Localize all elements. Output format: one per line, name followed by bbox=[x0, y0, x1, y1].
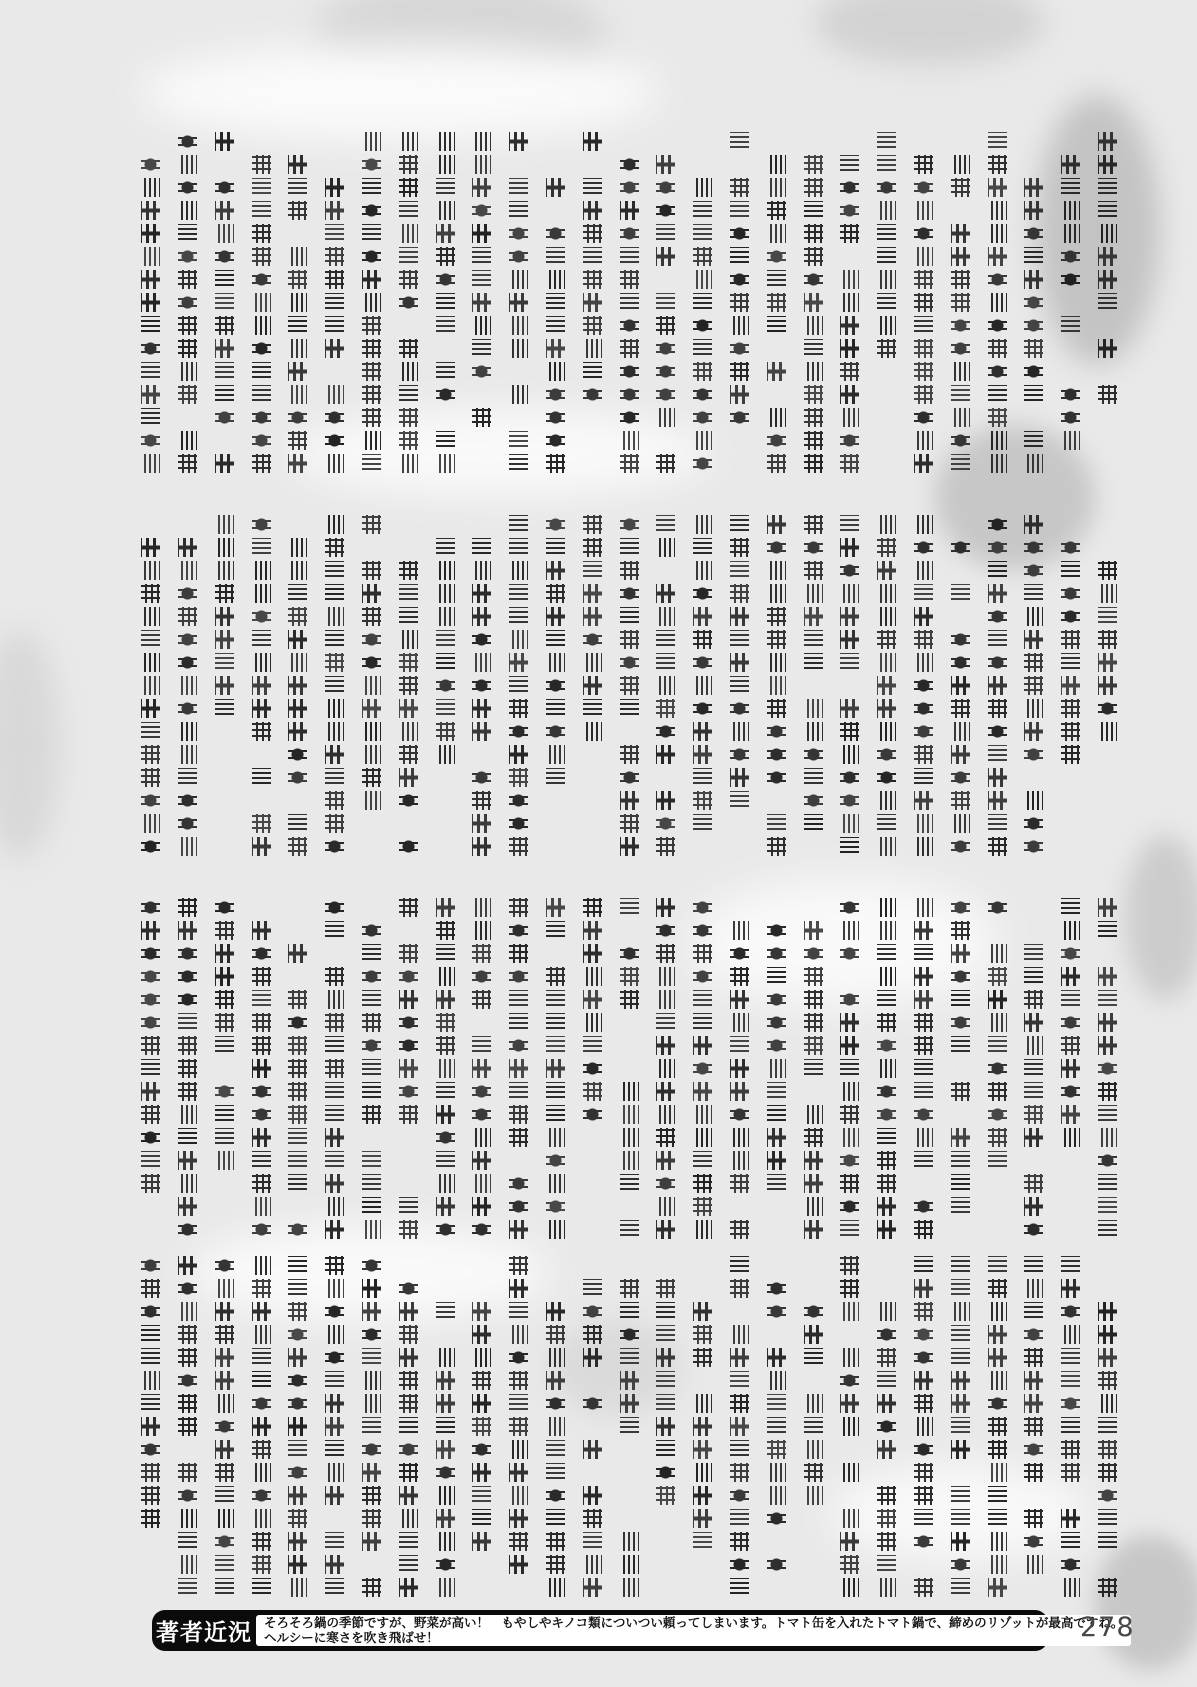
redacted-char bbox=[139, 268, 162, 291]
redacted-char bbox=[250, 1346, 273, 1369]
redacted-char bbox=[875, 245, 898, 268]
redacted-char bbox=[691, 605, 714, 628]
redacted-char bbox=[286, 1254, 309, 1277]
redacted-char bbox=[470, 628, 493, 651]
redacted-char bbox=[765, 1346, 788, 1369]
redacted-char bbox=[875, 582, 898, 605]
redacted-char bbox=[250, 1300, 273, 1323]
redacted-char bbox=[581, 720, 604, 743]
redacted-char bbox=[286, 1172, 309, 1195]
redacted-char bbox=[507, 1218, 530, 1241]
redacted-char bbox=[434, 674, 457, 697]
redacted-char bbox=[838, 1080, 861, 1103]
redacted-char bbox=[176, 1126, 199, 1149]
redacted-char bbox=[691, 1415, 714, 1438]
redacted-char bbox=[949, 536, 972, 559]
redacted-char bbox=[139, 1484, 162, 1507]
redacted-char bbox=[581, 1080, 604, 1103]
redacted-text-column bbox=[802, 896, 825, 1241]
redacted-char bbox=[691, 406, 714, 429]
redacted-char bbox=[434, 536, 457, 559]
redacted-char bbox=[802, 406, 825, 429]
redacted-char bbox=[544, 1126, 567, 1149]
redacted-char bbox=[213, 1126, 236, 1149]
redacted-char bbox=[360, 1530, 383, 1553]
redacted-char bbox=[986, 1530, 1009, 1553]
redacted-char bbox=[581, 199, 604, 222]
redacted-char bbox=[213, 1553, 236, 1576]
redacted-char bbox=[654, 383, 677, 406]
redacted-text-column bbox=[176, 896, 199, 1241]
redacted-char bbox=[875, 789, 898, 812]
redacted-char bbox=[912, 559, 935, 582]
redacted-char bbox=[397, 1080, 420, 1103]
redacted-char bbox=[286, 1011, 309, 1034]
redacted-char bbox=[912, 1323, 935, 1346]
redacted-char bbox=[986, 1149, 1009, 1172]
redacted-char bbox=[544, 1507, 567, 1530]
redacted-text-column bbox=[581, 896, 604, 1241]
redacted-char bbox=[286, 942, 309, 965]
redacted-char bbox=[360, 291, 383, 314]
redacted-text-column bbox=[470, 513, 493, 858]
redacted-char bbox=[176, 628, 199, 651]
text-band-3-redacted bbox=[138, 896, 1119, 1241]
redacted-char bbox=[986, 1369, 1009, 1392]
redacted-char bbox=[213, 1323, 236, 1346]
redacted-char bbox=[802, 1172, 825, 1195]
redacted-char bbox=[507, 314, 530, 337]
redacted-char bbox=[912, 1080, 935, 1103]
redacted-text-column bbox=[507, 513, 530, 858]
redacted-char bbox=[250, 1484, 273, 1507]
redacted-text-column bbox=[213, 1254, 236, 1599]
redacted-char bbox=[286, 1057, 309, 1080]
redacted-char bbox=[691, 1011, 714, 1034]
redacted-char bbox=[507, 1172, 530, 1195]
redacted-char bbox=[986, 743, 1009, 766]
redacted-char bbox=[765, 268, 788, 291]
redacted-text-column bbox=[1096, 130, 1119, 475]
redacted-char bbox=[986, 697, 1009, 720]
redacted-char bbox=[507, 1346, 530, 1369]
redacted-char bbox=[323, 245, 346, 268]
redacted-char bbox=[691, 1080, 714, 1103]
redacted-text-column bbox=[986, 1254, 1009, 1599]
redacted-char bbox=[397, 674, 420, 697]
redacted-char bbox=[618, 965, 641, 988]
redacted-char bbox=[838, 743, 861, 766]
redacted-char bbox=[838, 812, 861, 835]
redacted-char bbox=[176, 942, 199, 965]
redacted-char bbox=[1059, 383, 1082, 406]
redacted-char bbox=[360, 988, 383, 1011]
redacted-char bbox=[838, 835, 861, 858]
redacted-char bbox=[654, 536, 677, 559]
redacted-char bbox=[949, 1034, 972, 1057]
redacted-char bbox=[213, 559, 236, 582]
redacted-char bbox=[470, 360, 493, 383]
redacted-char bbox=[691, 452, 714, 475]
redacted-char bbox=[838, 1415, 861, 1438]
redacted-char bbox=[581, 1103, 604, 1126]
redacted-text-column bbox=[875, 896, 898, 1241]
redacted-char bbox=[1059, 268, 1082, 291]
redacted-text-column bbox=[470, 130, 493, 475]
redacted-char bbox=[470, 835, 493, 858]
redacted-char bbox=[654, 1057, 677, 1080]
redacted-char bbox=[728, 988, 751, 1011]
redacted-char bbox=[728, 245, 751, 268]
redacted-char bbox=[728, 1254, 751, 1277]
redacted-char bbox=[213, 314, 236, 337]
redacted-char bbox=[912, 268, 935, 291]
redacted-char bbox=[581, 1011, 604, 1034]
redacted-char bbox=[618, 697, 641, 720]
redacted-char bbox=[618, 1369, 641, 1392]
redacted-char bbox=[176, 429, 199, 452]
redacted-char bbox=[728, 383, 751, 406]
redacted-char bbox=[360, 1323, 383, 1346]
redacted-char bbox=[1096, 268, 1119, 291]
redacted-char bbox=[507, 176, 530, 199]
redacted-char bbox=[507, 942, 530, 965]
redacted-char bbox=[912, 1195, 935, 1218]
redacted-char bbox=[470, 789, 493, 812]
redacted-char bbox=[875, 513, 898, 536]
redacted-char bbox=[949, 1392, 972, 1415]
redacted-char bbox=[949, 176, 972, 199]
redacted-char bbox=[1059, 628, 1082, 651]
redacted-char bbox=[728, 1057, 751, 1080]
redacted-char bbox=[949, 835, 972, 858]
redacted-char bbox=[986, 1034, 1009, 1057]
redacted-char bbox=[618, 429, 641, 452]
redacted-char bbox=[213, 1507, 236, 1530]
redacted-char bbox=[1059, 942, 1082, 965]
redacted-char bbox=[286, 245, 309, 268]
redacted-char bbox=[654, 720, 677, 743]
redacted-char bbox=[507, 1461, 530, 1484]
redacted-char bbox=[470, 1103, 493, 1126]
redacted-char bbox=[544, 383, 567, 406]
redacted-char bbox=[1022, 536, 1045, 559]
redacted-char bbox=[912, 766, 935, 789]
redacted-char bbox=[360, 1300, 383, 1323]
redacted-char bbox=[581, 268, 604, 291]
redacted-char bbox=[139, 835, 162, 858]
redacted-char bbox=[286, 1126, 309, 1149]
redacted-char bbox=[323, 1530, 346, 1553]
redacted-char bbox=[875, 965, 898, 988]
redacted-char bbox=[1022, 835, 1045, 858]
redacted-char bbox=[912, 1300, 935, 1323]
redacted-char bbox=[286, 628, 309, 651]
redacted-text-column bbox=[1059, 1254, 1082, 1599]
redacted-text-column bbox=[250, 513, 273, 858]
redacted-text-column bbox=[986, 513, 1009, 858]
redacted-char bbox=[691, 919, 714, 942]
redacted-char bbox=[728, 1149, 751, 1172]
redacted-char bbox=[949, 360, 972, 383]
redacted-text-column bbox=[1096, 896, 1119, 1241]
redacted-char bbox=[139, 1323, 162, 1346]
redacted-char bbox=[507, 1080, 530, 1103]
redacted-char bbox=[1059, 176, 1082, 199]
redacted-char bbox=[949, 245, 972, 268]
redacted-char bbox=[654, 1103, 677, 1126]
redacted-char bbox=[1022, 1323, 1045, 1346]
redacted-char bbox=[838, 1507, 861, 1530]
redacted-char bbox=[581, 896, 604, 919]
redacted-char bbox=[286, 1507, 309, 1530]
redacted-char bbox=[360, 1461, 383, 1484]
redacted-char bbox=[470, 153, 493, 176]
redacted-text-column bbox=[654, 896, 677, 1241]
redacted-char bbox=[654, 942, 677, 965]
redacted-char bbox=[728, 789, 751, 812]
redacted-text-column bbox=[250, 896, 273, 1241]
redacted-char bbox=[949, 1254, 972, 1277]
redacted-char bbox=[250, 1080, 273, 1103]
redacted-char bbox=[618, 1080, 641, 1103]
redacted-char bbox=[838, 1461, 861, 1484]
redacted-char bbox=[802, 582, 825, 605]
redacted-char bbox=[544, 1346, 567, 1369]
redacted-char bbox=[1022, 1080, 1045, 1103]
redacted-char bbox=[875, 1149, 898, 1172]
redacted-char bbox=[618, 1300, 641, 1323]
redacted-char bbox=[286, 1369, 309, 1392]
redacted-char bbox=[507, 835, 530, 858]
redacted-text-column bbox=[912, 513, 935, 858]
redacted-char bbox=[912, 1369, 935, 1392]
redacted-char bbox=[728, 1323, 751, 1346]
redacted-char bbox=[765, 1011, 788, 1034]
redacted-char bbox=[434, 1553, 457, 1576]
redacted-char bbox=[986, 1254, 1009, 1277]
redacted-char bbox=[765, 988, 788, 1011]
redacted-char bbox=[544, 268, 567, 291]
redacted-char bbox=[838, 651, 861, 674]
redacted-char bbox=[250, 1195, 273, 1218]
redacted-char bbox=[581, 697, 604, 720]
redacted-char bbox=[139, 429, 162, 452]
redacted-text-column bbox=[728, 130, 751, 475]
redacted-char bbox=[434, 1415, 457, 1438]
redacted-char bbox=[250, 812, 273, 835]
redacted-char bbox=[802, 1346, 825, 1369]
redacted-char bbox=[176, 130, 199, 153]
redacted-char bbox=[986, 1011, 1009, 1034]
redacted-char bbox=[470, 1415, 493, 1438]
redacted-text-column bbox=[765, 1254, 788, 1599]
redacted-char bbox=[176, 1034, 199, 1057]
redacted-char bbox=[802, 245, 825, 268]
redacted-char bbox=[875, 176, 898, 199]
redacted-char bbox=[176, 1507, 199, 1530]
redacted-char bbox=[728, 130, 751, 153]
redacted-char bbox=[544, 965, 567, 988]
redacted-text-column bbox=[434, 896, 457, 1241]
redacted-char bbox=[360, 965, 383, 988]
redacted-text-column bbox=[1059, 896, 1082, 1241]
redacted-char bbox=[323, 674, 346, 697]
redacted-char bbox=[323, 1103, 346, 1126]
redacted-char bbox=[286, 383, 309, 406]
redacted-text-column bbox=[912, 1254, 935, 1599]
redacted-char bbox=[912, 1057, 935, 1080]
redacted-char bbox=[213, 1530, 236, 1553]
redacted-char bbox=[618, 1346, 641, 1369]
redacted-char bbox=[581, 1277, 604, 1300]
redacted-char bbox=[802, 1484, 825, 1507]
redacted-char bbox=[838, 919, 861, 942]
redacted-char bbox=[618, 789, 641, 812]
redacted-char bbox=[728, 1438, 751, 1461]
redacted-char bbox=[507, 1011, 530, 1034]
redacted-char bbox=[1096, 199, 1119, 222]
redacted-char bbox=[728, 1011, 751, 1034]
redacted-char bbox=[434, 1149, 457, 1172]
redacted-char bbox=[397, 582, 420, 605]
redacted-char bbox=[139, 1415, 162, 1438]
redacted-char bbox=[691, 1057, 714, 1080]
redacted-char bbox=[176, 743, 199, 766]
redacted-char bbox=[691, 199, 714, 222]
redacted-char bbox=[1059, 1277, 1082, 1300]
redacted-char bbox=[139, 720, 162, 743]
redacted-char bbox=[360, 1218, 383, 1241]
redacted-char bbox=[728, 697, 751, 720]
redacted-char bbox=[176, 452, 199, 475]
redacted-char bbox=[470, 697, 493, 720]
redacted-char bbox=[176, 1323, 199, 1346]
redacted-char bbox=[286, 199, 309, 222]
redacted-char bbox=[912, 222, 935, 245]
redacted-char bbox=[434, 452, 457, 475]
redacted-char bbox=[397, 1484, 420, 1507]
redacted-char bbox=[507, 1057, 530, 1080]
redacted-char bbox=[544, 406, 567, 429]
redacted-char bbox=[618, 291, 641, 314]
redacted-char bbox=[1059, 1057, 1082, 1080]
author-status-bar: 著者近況 そろそろ鍋の季節ですが、野菜が高い！ もやしやキノコ類についつい頼って… bbox=[152, 1610, 1048, 1651]
redacted-char bbox=[250, 513, 273, 536]
redacted-char bbox=[250, 1057, 273, 1080]
redacted-char bbox=[434, 697, 457, 720]
redacted-char bbox=[470, 559, 493, 582]
redacted-char bbox=[250, 835, 273, 858]
redacted-text-column bbox=[250, 130, 273, 475]
redacted-char bbox=[1022, 789, 1045, 812]
redacted-char bbox=[691, 965, 714, 988]
redacted-char bbox=[986, 268, 1009, 291]
redacted-char bbox=[176, 720, 199, 743]
redacted-text-column bbox=[213, 513, 236, 858]
redacted-char bbox=[250, 1576, 273, 1599]
redacted-char bbox=[507, 812, 530, 835]
redacted-char bbox=[838, 1576, 861, 1599]
redacted-char bbox=[691, 789, 714, 812]
redacted-char bbox=[1059, 559, 1082, 582]
redacted-char bbox=[654, 1484, 677, 1507]
redacted-char bbox=[1059, 1300, 1082, 1323]
redacted-char bbox=[470, 1392, 493, 1415]
redacted-char bbox=[1096, 1034, 1119, 1057]
redacted-char bbox=[397, 896, 420, 919]
redacted-char bbox=[912, 1415, 935, 1438]
redacted-char bbox=[1022, 942, 1045, 965]
redacted-char bbox=[949, 674, 972, 697]
redacted-char bbox=[1096, 720, 1119, 743]
redacted-char bbox=[1096, 697, 1119, 720]
redacted-text-column bbox=[213, 130, 236, 475]
redacted-char bbox=[581, 1300, 604, 1323]
redacted-char bbox=[802, 919, 825, 942]
redacted-char bbox=[949, 789, 972, 812]
redacted-char bbox=[397, 988, 420, 1011]
redacted-char bbox=[286, 651, 309, 674]
redacted-char bbox=[434, 896, 457, 919]
redacted-char bbox=[986, 582, 1009, 605]
redacted-char bbox=[286, 605, 309, 628]
redacted-char bbox=[397, 130, 420, 153]
redacted-text-column bbox=[581, 513, 604, 858]
redacted-char bbox=[1022, 1300, 1045, 1323]
redacted-char bbox=[470, 1149, 493, 1172]
redacted-text-column bbox=[875, 1254, 898, 1599]
redacted-char bbox=[1022, 628, 1045, 651]
redacted-char bbox=[765, 406, 788, 429]
redacted-char bbox=[802, 513, 825, 536]
redacted-char bbox=[1059, 1034, 1082, 1057]
redacted-text-column bbox=[544, 130, 567, 475]
redacted-char bbox=[765, 314, 788, 337]
redacted-char bbox=[176, 582, 199, 605]
redacted-char bbox=[176, 674, 199, 697]
redacted-char bbox=[323, 789, 346, 812]
redacted-char bbox=[765, 743, 788, 766]
redacted-char bbox=[654, 222, 677, 245]
redacted-char bbox=[618, 1530, 641, 1553]
redacted-char bbox=[875, 628, 898, 651]
redacted-char bbox=[286, 291, 309, 314]
redacted-char bbox=[286, 835, 309, 858]
redacted-text-column bbox=[397, 896, 420, 1241]
redacted-char bbox=[618, 513, 641, 536]
redacted-char bbox=[470, 942, 493, 965]
redacted-char bbox=[581, 1392, 604, 1415]
redacted-char bbox=[544, 1011, 567, 1034]
redacted-char bbox=[728, 1484, 751, 1507]
redacted-char bbox=[986, 406, 1009, 429]
redacted-char bbox=[139, 406, 162, 429]
redacted-char bbox=[360, 1057, 383, 1080]
redacted-char bbox=[323, 429, 346, 452]
redacted-char bbox=[691, 720, 714, 743]
redacted-char bbox=[949, 1507, 972, 1530]
redacted-char bbox=[581, 559, 604, 582]
redacted-char bbox=[691, 1034, 714, 1057]
redacted-char bbox=[654, 1195, 677, 1218]
redacted-char bbox=[323, 1080, 346, 1103]
redacted-char bbox=[139, 1057, 162, 1080]
redacted-char bbox=[1096, 1323, 1119, 1346]
redacted-char bbox=[434, 1438, 457, 1461]
redacted-char bbox=[654, 360, 677, 383]
redacted-char bbox=[250, 1172, 273, 1195]
